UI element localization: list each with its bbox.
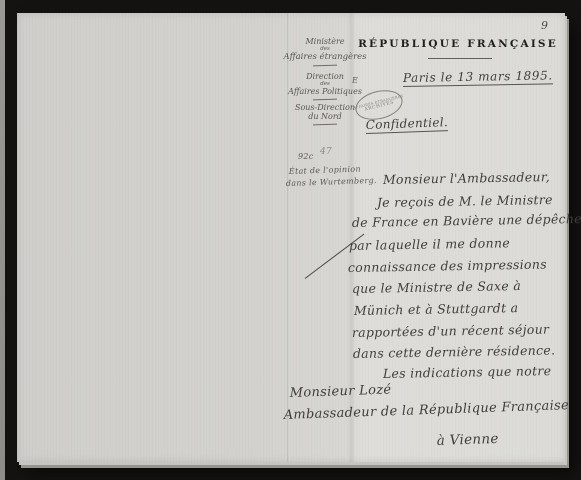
letterhead-divider: [313, 124, 337, 126]
registry-number-annotation: 47: [320, 147, 332, 157]
republique-francaise-header: RÉPUBLIQUE FRANÇAISE: [358, 38, 558, 50]
body-line: dans cette dernière résidence.: [353, 342, 556, 361]
body-line: rapportées d'un récent séjour: [352, 322, 550, 340]
recipient-name: Monsieur Lozé: [289, 382, 391, 401]
scanner-edge-strip: [0, 0, 5, 480]
letterhead-du-nord: du Nord: [283, 112, 367, 121]
letterhead-affaires-politiques: Affaires Politiques: [283, 87, 367, 96]
body-line: Je reçois de M. le Ministre: [377, 192, 553, 210]
recipient-city: à Vienne: [436, 431, 498, 449]
header-rule: [428, 58, 492, 59]
classification-marking: Confidentiel.: [366, 115, 449, 132]
registry-mark-annotation: 92c: [298, 152, 314, 161]
body-line: que le Ministre de Saxe à: [352, 278, 521, 296]
letterhead-divider: [313, 65, 337, 67]
subject-annotation-line2: dans le Wurtemberg.: [286, 176, 377, 188]
folio-number: 9: [541, 19, 548, 32]
body-line: Monsieur l'Ambassadeur,: [383, 169, 550, 187]
recipient-title: Ambassadeur de la République Française: [283, 398, 569, 423]
dateline-text: Paris le 13 mars 1895.: [403, 68, 553, 87]
body-line: connaissance des impressions: [348, 257, 547, 275]
body-line: par laquelle il me donne: [349, 235, 510, 253]
letterhead-divider: [313, 99, 337, 101]
letter-page-spread: Ministère des Affaires étrangères Direct…: [17, 13, 565, 462]
dateline: Paris le 13 mars 1895.: [403, 68, 553, 85]
classification-text: Confidentiel.: [366, 115, 449, 134]
body-line: de France en Bavière une dépêche: [352, 211, 581, 230]
letterhead-ministry: Ministère: [283, 37, 367, 46]
scanned-letter-view: Ministère des Affaires étrangères Direct…: [0, 0, 581, 480]
body-line: Münich et à Stuttgardt a: [354, 300, 519, 318]
body-line: Les indications que notre: [383, 363, 552, 381]
letterhead-affaires-etrangeres: Affaires étrangères: [283, 52, 367, 62]
margin-mark: E: [352, 76, 358, 85]
